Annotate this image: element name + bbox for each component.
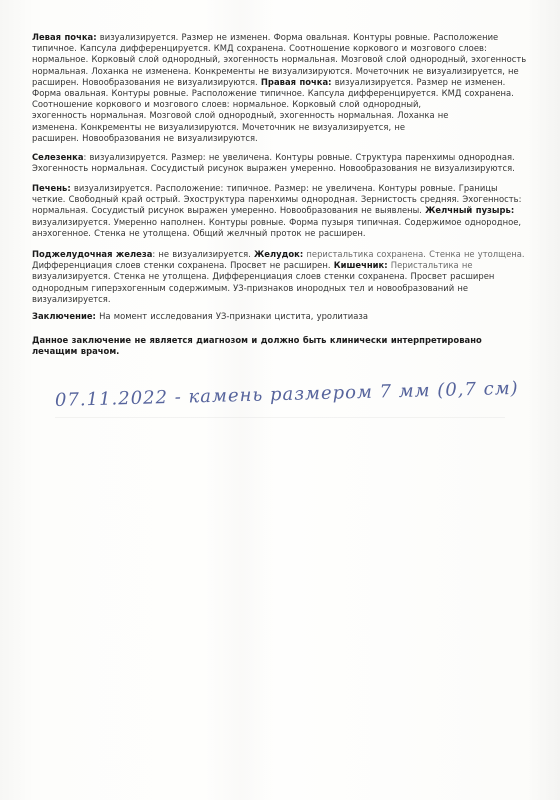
text-line: Форма овальная. Контуры ровные. Располож… <box>32 88 542 99</box>
spleen-section: Селезенка: визуализируется. Размер: не у… <box>32 152 542 174</box>
intestine-heading: Кишечник: <box>334 260 388 270</box>
text-line: типичное. Капсула дифференцируется. КМД … <box>32 43 542 54</box>
text-line: визуализируется. Стенка не утолщена. Диф… <box>32 271 542 282</box>
text-line: изменена. Конкременты не визуализируются… <box>32 122 542 133</box>
text-line: нормальная. Лоханка не изменена. Конкрем… <box>32 66 542 77</box>
text-line: эхогенность нормальная. Мозговой слой од… <box>32 110 542 121</box>
left-kidney-heading: Левая почка: <box>32 32 97 42</box>
right-kidney-heading: Правая почка: <box>261 77 332 87</box>
kidneys-section: Левая почка: визуализируется. Размер не … <box>32 32 542 144</box>
gallbladder-heading: Желчный пузырь: <box>425 205 514 215</box>
text-line: нормальное. Корковый слой однородный, эх… <box>32 54 542 65</box>
text-line: расширен. Новообразования не визуализиру… <box>32 133 542 144</box>
text-line: Эхогенность нормальная. Сосудистый рисун… <box>32 163 542 174</box>
conclusion-section: Заключение: На момент исследования УЗ-пр… <box>32 311 542 322</box>
bleed-through-line <box>55 417 505 418</box>
liver-heading: Печень: <box>32 183 71 193</box>
disclaimer-line: лечащим врачом. <box>32 346 542 357</box>
text-line: визуализируется. Умеренно наполнен. Конт… <box>32 217 542 228</box>
liver-section: Печень: визуализируется. Расположение: т… <box>32 183 542 239</box>
disclaimer: Данное заключение не является диагнозом … <box>32 335 542 357</box>
conclusion-heading: Заключение: <box>32 311 96 321</box>
gi-section: Поджелудочная железа: не визуализируется… <box>32 249 542 305</box>
text-line: однородным гиперэхогенным содержимым. УЗ… <box>32 283 542 294</box>
scanned-page: Левая почка: визуализируется. Размер не … <box>0 0 560 800</box>
text-line: четкие. Свободный край острый. Эхострукт… <box>32 194 542 205</box>
disclaimer-line: Данное заключение не является диагнозом … <box>32 335 542 346</box>
pancreas-heading: Поджелудочная железа <box>32 249 152 259</box>
stomach-heading: Желудок: <box>254 249 303 259</box>
text-line: анэхогенное. Стенка не утолщена. Общий ж… <box>32 228 542 239</box>
text-line: Соотношение коркового и мозгового слоев:… <box>32 99 542 110</box>
text-line: визуализируется. <box>32 294 542 305</box>
spleen-heading: Селезенка <box>32 152 84 162</box>
handwritten-note: 07.11.2022 - камень размером 7 мм (0,7 с… <box>55 378 519 411</box>
